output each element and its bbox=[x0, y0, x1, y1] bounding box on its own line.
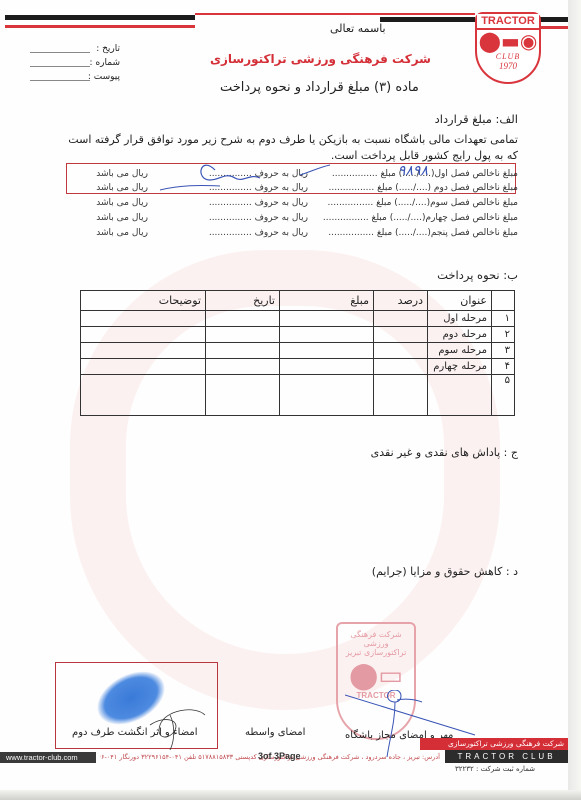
table-row: ۳مرحله سوم bbox=[81, 343, 515, 359]
header-bar-mid-red bbox=[195, 13, 475, 15]
tractor-icon: ⬤▬◉ bbox=[477, 30, 539, 52]
registration-number: شماره ثبت شرکت : ۳۲۲۳۲ bbox=[455, 765, 535, 773]
footer-company-banner: شرکت فرهنگی ورزشی تراکتورسازی bbox=[420, 738, 568, 750]
intermediary-signature-label: امضای واسطه bbox=[245, 727, 305, 738]
header-bar-left-dark bbox=[5, 15, 195, 20]
page-edge bbox=[568, 0, 581, 800]
scan-bottom-edge bbox=[0, 790, 581, 800]
section-b-heading: ب: نحوه پرداخت bbox=[437, 268, 518, 282]
contract-page: TRACTOR ⬤▬◉ CLUB 1970 باسمه تعالی شرکت ف… bbox=[0, 0, 568, 800]
logo-title: TRACTOR bbox=[477, 14, 539, 30]
meta-date: تاریخ : bbox=[20, 44, 120, 58]
table-row: ۴مرحله چهارم bbox=[81, 359, 515, 375]
table-row: ۱مرحله اول bbox=[81, 311, 515, 327]
meta-attachment: پیوست : bbox=[20, 72, 120, 86]
section-a-paragraph-1: تمامی تعهدات مالی باشگاه نسبت به بازیکن … bbox=[68, 133, 518, 146]
footer-brand: TRACTOR CLUB bbox=[445, 750, 568, 763]
section-a-paragraph-2: که به پول رایج کشور قابل پرداخت است. bbox=[331, 149, 518, 162]
section-a-heading: الف: مبلغ قرارداد bbox=[435, 112, 518, 126]
header-bar-mid-dark bbox=[380, 17, 475, 22]
header-bar-left-red bbox=[5, 25, 195, 28]
bismillah: باسمه تعالی bbox=[330, 22, 386, 35]
meta-number: شماره : bbox=[20, 58, 120, 72]
logo-club: CLUB bbox=[477, 52, 539, 61]
meta-fields: تاریخ : شماره : پیوست : bbox=[20, 44, 120, 86]
page-marker: 3of 3Page bbox=[258, 751, 301, 761]
table-row: ۲مرحله دوم bbox=[81, 327, 515, 343]
handwritten-amount: ٩٨٩٨ bbox=[398, 163, 428, 179]
section-d-heading: د : کاهش حقوق و مزایا (جرایم) bbox=[372, 565, 518, 578]
handwritten-signature bbox=[140, 695, 220, 755]
table-row: ۵ bbox=[81, 375, 515, 416]
section-c-heading: ج : پاداش های نقدی و غیر نقدی bbox=[371, 446, 518, 459]
tractor-icon: ⬤▭ bbox=[338, 661, 414, 691]
article-title: ماده (۳) مبلغ قرارداد و نحوه پرداخت bbox=[220, 80, 419, 95]
logo-year: 1970 bbox=[477, 61, 539, 71]
tractor-club-logo: TRACTOR ⬤▬◉ CLUB 1970 bbox=[475, 12, 541, 84]
company-name: شرکت فرهنگی ورزشی تراکتورسازی bbox=[210, 52, 431, 66]
header-bar-right-dark bbox=[540, 17, 568, 22]
header-bar-right-red bbox=[540, 26, 568, 29]
handwriting-scribble bbox=[100, 155, 350, 195]
payment-schedule-table: عنوان درصد مبلغ تاریخ توضیحات ۱مرحله اول… bbox=[80, 290, 515, 416]
table-header-row: عنوان درصد مبلغ تاریخ توضیحات bbox=[81, 291, 515, 311]
second-party-signature-label: امضاء و اثر انگشت طرف دوم bbox=[72, 727, 198, 738]
footer-website-link[interactable]: www.tractor-club.com bbox=[0, 752, 96, 763]
